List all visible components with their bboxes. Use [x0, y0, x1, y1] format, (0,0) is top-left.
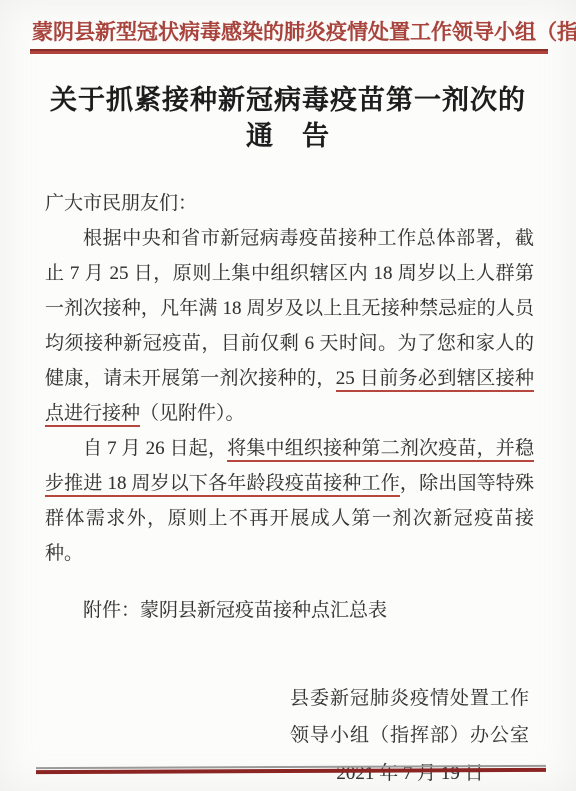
signature-block: 县委新冠肺炎疫情处置工作 领导小组（指挥部）办公室 2021 年 7 月 19 … [290, 680, 530, 791]
paragraph-1-text-after: （见附件）。 [140, 403, 245, 424]
paragraph-1: 根据中央和省市新冠病毒疫苗接种工作总体部署，截止 7 月 25 日，原则上集中组… [45, 221, 534, 431]
paragraph-2-text: 自 7 月 26 日起， [83, 438, 227, 459]
document-page: 蒙阴县新型冠状病毒感染的肺炎疫情处置工作领导小组（指挥部） 关于抓紧接种新冠病毒… [0, 0, 576, 791]
signature-date: 2021 年 7 月 19 日 [290, 755, 530, 791]
signature-line2: 领导小组（指挥部）办公室 [290, 717, 530, 754]
salutation: 广大市民朋友们： [45, 186, 534, 221]
paragraph-2: 自 7 月 26 日起，将集中组织接种第二剂次疫苗，并稳步推进 18 周岁以下各… [45, 431, 534, 571]
document-body: 广大市民朋友们： 根据中央和省市新冠病毒疫苗接种工作总体部署，截止 7 月 25… [45, 186, 534, 571]
signature-line1: 县委新冠肺炎疫情处置工作 [290, 680, 530, 717]
document-title-line1: 关于抓紧接种新冠病毒疫苗第一剂次的 [0, 82, 576, 118]
document-title-line2: 通 告 [0, 118, 576, 154]
document-title: 关于抓紧接种新冠病毒疫苗第一剂次的 通 告 [0, 82, 576, 154]
paragraph-1-text: 根据中央和省市新冠病毒疫苗接种工作总体部署，截止 7 月 25 日，原则上集中组… [45, 228, 534, 389]
attachment-line: 附件：蒙阴县新冠疫苗接种点汇总表 [45, 593, 534, 628]
header-organization-line: 蒙阴县新型冠状病毒感染的肺炎疫情处置工作领导小组（指挥部） [32, 16, 548, 46]
header-double-rule [30, 49, 548, 54]
